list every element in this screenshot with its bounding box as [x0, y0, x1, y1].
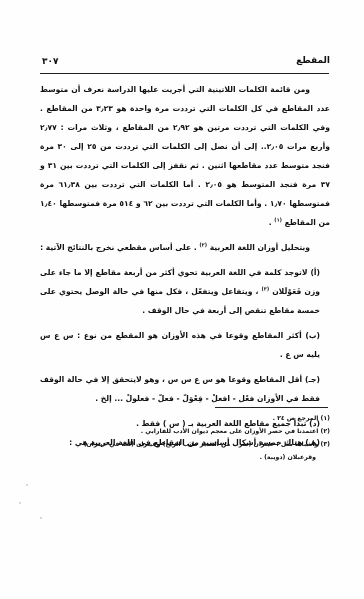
paragraph-analysis-intro: وبتحليل أوزان اللغة العربية (٢) . على أس…: [40, 238, 330, 257]
scan-speck: [19, 502, 21, 504]
book-page: المقطع ٣٠٧ ومن قائمة الكلمات اللاتينية ا…: [0, 0, 364, 599]
result-item-b: (ب) أكثر المقاطع وقوعا في هذه الأوزان هو…: [40, 326, 330, 364]
body-text: ومن قائمة الكلمات اللاتينية التي أجريت ع…: [40, 80, 330, 452]
footnote-2: (٢) اعتمدنا في حصر الأوزان على معجم ديوا…: [40, 425, 330, 438]
footnote-1: (١) المرجع ص ٢٤ .: [40, 412, 330, 425]
footnote-divider: [215, 407, 328, 408]
scan-speck: [40, 517, 42, 519]
result-item-a: (أ) لاتوجد كلمة في اللغة العربية تحوي أك…: [40, 263, 330, 320]
paragraph-syllable-averages: ومن قائمة الكلمات اللاتينية التي أجريت ع…: [40, 80, 330, 232]
footnote-ref-1: (١): [274, 217, 282, 223]
page-header: المقطع ٣٠٧: [40, 56, 330, 72]
footnote-3: (٣) وأشباها مثل : عيثران (ضرب من الشجر ط…: [40, 438, 330, 451]
footnotes: (١) المرجع ص ٢٤ . (٢) اعتمدنا في حصر الأ…: [40, 412, 330, 464]
footnote-3-continued: وقرعبلان (دويبة) .: [40, 451, 330, 464]
page-number: ٣٠٧: [42, 57, 58, 67]
scan-speck: [26, 484, 28, 486]
header-divider: [40, 73, 329, 74]
result-item-c: (جـ) أقل المقاطع وقوعا هو س ع س س ، وهو …: [40, 370, 330, 408]
chapter-title: المقطع: [296, 56, 330, 66]
footnote-ref-3: (٣): [261, 286, 269, 292]
footnote-ref-2: (٢): [199, 242, 207, 248]
